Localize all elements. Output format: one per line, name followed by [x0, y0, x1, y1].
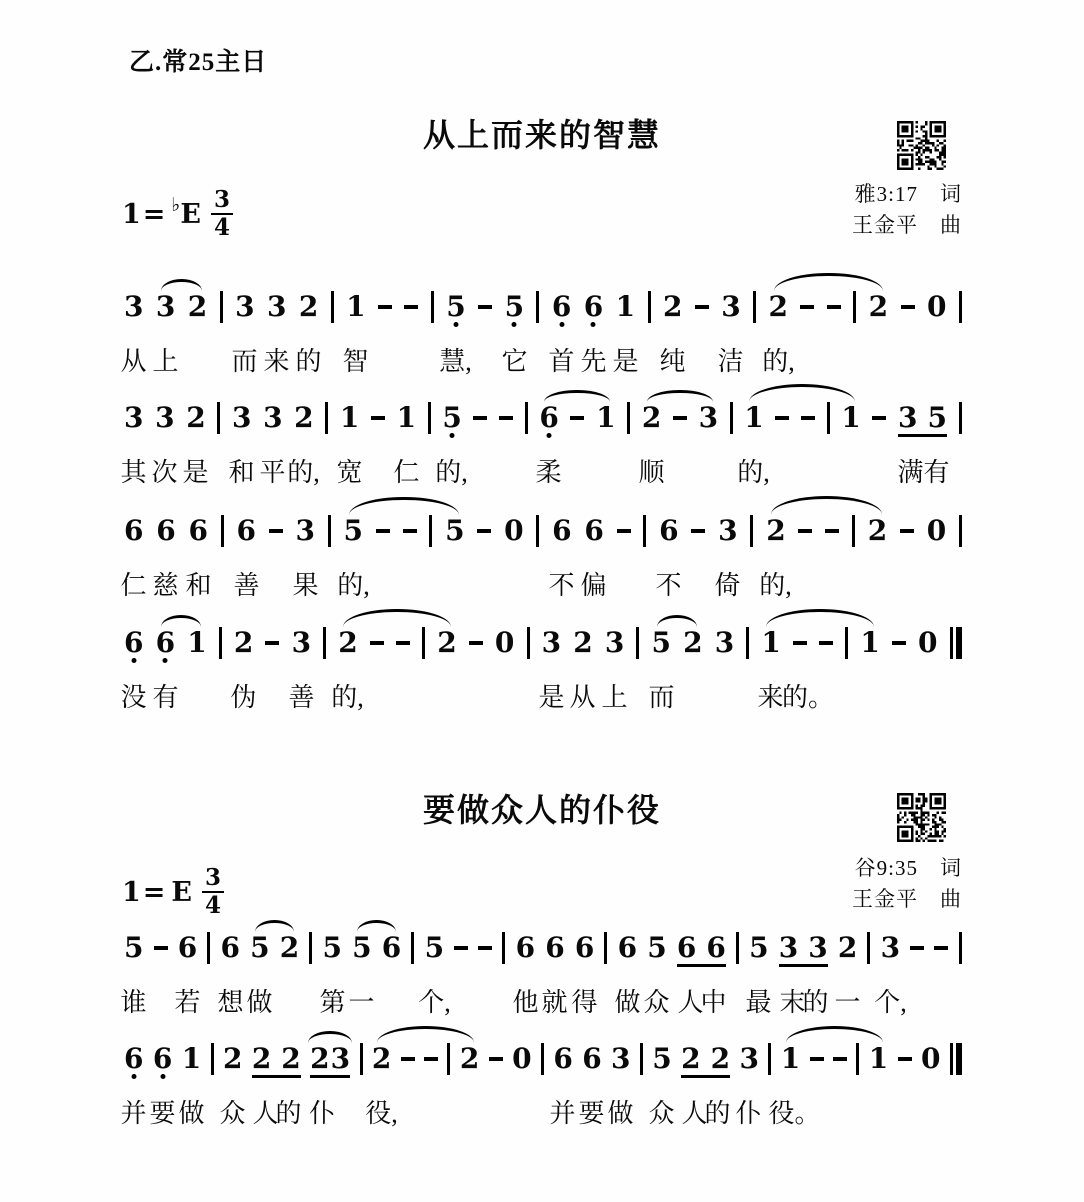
- note: 6: [237, 515, 256, 547]
- note: 5: [323, 932, 342, 964]
- lyric-syllable: 上: [152, 341, 178, 378]
- note: 2: [681, 1043, 700, 1075]
- note: 2: [663, 291, 682, 323]
- dash: [396, 641, 410, 645]
- note: 6: [516, 932, 535, 964]
- note: 5: [652, 627, 671, 659]
- lyric-syllable: 做: [178, 1093, 204, 1130]
- lyric-syllable: 想: [217, 982, 243, 1019]
- slur: [771, 496, 883, 515]
- barline: [959, 291, 962, 323]
- note-row: 661222232206635223110: [124, 1021, 962, 1085]
- qr-code-2: [897, 793, 946, 842]
- lyric-syllable: 役,: [365, 1093, 398, 1130]
- note-row: 666635506663220: [124, 493, 962, 557]
- barline: [753, 291, 756, 323]
- lyric-syllable: 要: [578, 1093, 604, 1130]
- lyric-syllable: 是: [182, 452, 208, 489]
- barline: [640, 1043, 643, 1075]
- note: 6: [582, 1043, 601, 1075]
- note: 2: [252, 1043, 271, 1075]
- barline: [447, 1043, 450, 1075]
- lyric-syllable: 的,: [762, 341, 795, 378]
- dash: [454, 946, 468, 950]
- dash: [775, 416, 789, 420]
- slur: [766, 609, 875, 627]
- dash: [489, 1057, 503, 1061]
- dash: [898, 1057, 912, 1061]
- lyric-syllable: 果: [292, 565, 318, 602]
- dash: [798, 529, 812, 533]
- lyric-syllable: 来: [263, 341, 289, 378]
- dash: [401, 1057, 415, 1061]
- music-line: 66123220323523110 没有伪善的,是从上而来的。: [124, 605, 962, 711]
- lyric-syllable: 纯: [659, 341, 685, 378]
- note: 2: [437, 627, 456, 659]
- note: 1: [397, 402, 416, 434]
- qr-code-1: [897, 121, 946, 170]
- lyric-syllable: 得: [571, 982, 597, 1019]
- barline: [502, 932, 505, 964]
- lyric-syllable: 仆: [309, 1093, 335, 1130]
- note: 5: [445, 515, 464, 547]
- note: 2: [186, 402, 205, 434]
- barline: [867, 932, 870, 964]
- lyric-syllable: 中: [700, 982, 726, 1019]
- note: 2: [573, 627, 592, 659]
- sheet-music-page: 乙.常25主日 从上而来的智慧 雅3:17 词 王金平 曲 1=♭E 34 33…: [0, 0, 1084, 1202]
- barline: [541, 1043, 544, 1075]
- note: 2: [310, 1043, 329, 1075]
- note: 2: [188, 291, 207, 323]
- note-row: 33233215566123220: [124, 269, 962, 333]
- beamed-notes: 33: [779, 932, 828, 967]
- note: 3: [611, 1043, 630, 1075]
- lyric-syllable: 做: [246, 982, 272, 1019]
- lyric-syllable: 他: [512, 982, 538, 1019]
- note: 1: [346, 291, 365, 323]
- key-tonic: E: [171, 877, 192, 908]
- note: 3: [699, 402, 718, 434]
- note: 3: [156, 291, 175, 323]
- lyric-syllable: 的,: [759, 565, 792, 602]
- note: 3: [898, 402, 917, 434]
- lyric-syllable: 而: [231, 341, 257, 378]
- note: 2: [711, 1043, 730, 1075]
- dash: [801, 416, 815, 420]
- lyric-syllable: 的: [802, 982, 828, 1019]
- dash: [793, 641, 807, 645]
- note: 3: [331, 1043, 350, 1075]
- rest: 0: [504, 515, 523, 547]
- lyric-row: 仁慈和善果的,不偏不倚的,: [124, 565, 962, 599]
- note: 1: [869, 1043, 888, 1075]
- meter-denominator: 4: [211, 215, 233, 240]
- barline: [853, 291, 856, 323]
- rest: 0: [927, 291, 946, 323]
- lyric-syllable: 的: [704, 1093, 730, 1130]
- dash: [695, 305, 709, 309]
- rest: 0: [512, 1043, 531, 1075]
- lyric-syllable: 个,: [874, 982, 907, 1019]
- lyric-syllable: 若: [174, 982, 200, 1019]
- note-low-octave: 5: [505, 291, 524, 323]
- barline: [604, 932, 607, 964]
- barline: [431, 291, 434, 323]
- note: 1: [761, 627, 780, 659]
- lyric-syllable: 众: [219, 1093, 245, 1130]
- dash: [810, 1057, 824, 1061]
- note: 1: [841, 402, 860, 434]
- dash: [691, 529, 705, 533]
- dash: [378, 305, 392, 309]
- dash: [800, 305, 814, 309]
- barline: [309, 932, 312, 964]
- lyric-syllable: 役。: [768, 1093, 820, 1130]
- barline: [525, 402, 528, 434]
- slur: [255, 920, 295, 932]
- low-octave-dot: [512, 322, 517, 327]
- barline: [627, 402, 630, 434]
- dash: [478, 305, 492, 309]
- note: 1: [744, 402, 763, 434]
- lyric-syllable: 个,: [418, 982, 451, 1019]
- final-barline: [950, 1043, 962, 1075]
- slur: [774, 273, 884, 291]
- note: 2: [869, 291, 888, 323]
- note-low-octave: 6: [156, 627, 175, 659]
- rest: 0: [927, 515, 946, 547]
- music-line: 33233215566123220 从上而来的智慧,它首先是纯洁的,: [124, 269, 962, 375]
- note: 6: [545, 932, 564, 964]
- lyric-syllable: 次: [151, 452, 177, 489]
- dash: [673, 416, 687, 420]
- barline: [325, 402, 328, 434]
- meter-numerator: 3: [211, 188, 233, 215]
- lyric-syllable: 谁: [120, 982, 146, 1019]
- time-signature: 34: [211, 188, 233, 240]
- dash: [872, 416, 886, 420]
- barline: [768, 1043, 771, 1075]
- note: 2: [234, 627, 253, 659]
- slur: [544, 390, 611, 402]
- note: 1: [340, 402, 359, 434]
- dash: [376, 529, 390, 533]
- lyric-syllable: 和: [185, 565, 211, 602]
- dash: [478, 946, 492, 950]
- low-octave-dot: [131, 1074, 136, 1079]
- composer-credit: 王金平 曲: [852, 210, 962, 241]
- lyric-syllable: 智: [342, 341, 368, 378]
- note: 5: [344, 515, 363, 547]
- dash: [499, 416, 513, 420]
- note: 3: [779, 932, 798, 964]
- dash: [570, 416, 584, 420]
- note-row: 566525565666656653323: [124, 910, 962, 974]
- rest: 0: [921, 1043, 940, 1075]
- key-signature-1: 1=♭E 34: [122, 188, 233, 240]
- dash: [819, 641, 833, 645]
- lyric-syllable: 宽: [336, 452, 362, 489]
- lyric-syllable: 第: [319, 982, 345, 1019]
- beamed-notes: 22: [252, 1043, 301, 1078]
- lyric-syllable: 的: [295, 341, 321, 378]
- note-low-octave: 6: [539, 402, 558, 434]
- slur: [349, 497, 460, 515]
- lyric-syllable: 是: [612, 341, 638, 378]
- lyric-syllable: 就: [541, 982, 567, 1019]
- section-label: 乙.常25主日: [129, 42, 267, 78]
- barline: [422, 627, 425, 659]
- low-octave-dot: [450, 433, 455, 438]
- dash: [424, 1057, 438, 1061]
- note: 5: [352, 932, 371, 964]
- dash: [477, 529, 491, 533]
- dash: [269, 529, 283, 533]
- note: 3: [263, 402, 282, 434]
- note: 3: [605, 627, 624, 659]
- lyric-syllable: 来: [757, 677, 783, 714]
- note-row: 66123220323523110: [124, 605, 962, 669]
- note: 3: [296, 515, 315, 547]
- note: 3: [124, 402, 143, 434]
- lyric-syllable: 从: [120, 341, 146, 378]
- lyric-syllable: 并: [549, 1093, 575, 1130]
- slur: [657, 615, 698, 627]
- dash: [370, 641, 384, 645]
- note: 1: [182, 1043, 201, 1075]
- beamed-notes: 66: [677, 932, 726, 967]
- slur: [343, 609, 452, 627]
- dash: [827, 305, 841, 309]
- note: 5: [652, 1043, 671, 1075]
- meter-numerator: 3: [202, 866, 224, 893]
- note: 2: [223, 1043, 242, 1075]
- note-low-octave: 6: [552, 291, 571, 323]
- barline: [736, 932, 739, 964]
- slur: [161, 279, 203, 291]
- note: 2: [642, 402, 661, 434]
- slur: [749, 384, 856, 402]
- music-line: 661222232206635223110 并要做众人的仆役,并要做众人的仆役。: [124, 1021, 962, 1127]
- note-low-octave: 5: [442, 402, 461, 434]
- note: 2: [683, 627, 702, 659]
- lyric-syllable: 善: [288, 677, 314, 714]
- barline: [536, 291, 539, 323]
- lyric-syllable: 的,: [337, 565, 370, 602]
- lyric-row: 并要做众人的仆役,并要做众人的仆役。: [124, 1093, 962, 1127]
- lyric-syllable: 不: [548, 565, 574, 602]
- note: 6: [189, 515, 208, 547]
- note: 1: [187, 627, 206, 659]
- lyric-syllable: 众: [643, 982, 669, 1019]
- lyricist-credit: 谷9:35 词: [852, 853, 962, 884]
- low-octave-dot: [163, 658, 168, 663]
- note: 6: [221, 932, 240, 964]
- note-row: 33233211561231135: [124, 380, 962, 444]
- low-octave-dot: [559, 322, 564, 327]
- lyric-syllable: 仆: [735, 1093, 761, 1130]
- note: 3: [715, 627, 734, 659]
- dash: [892, 641, 906, 645]
- lyric-syllable: 的。: [782, 677, 834, 714]
- note: 2: [299, 291, 318, 323]
- dash: [833, 1057, 847, 1061]
- dash: [469, 641, 483, 645]
- barline: [536, 515, 539, 547]
- barline: [852, 515, 855, 547]
- lyric-syllable: 顺: [638, 452, 664, 489]
- lyric-syllable: 的,: [737, 452, 770, 489]
- music-line: 666635506663220 仁慈和善果的,不偏不倚的,: [124, 493, 962, 599]
- dash: [910, 946, 924, 950]
- barline: [411, 932, 414, 964]
- note: 5: [124, 932, 143, 964]
- barline: [856, 1043, 859, 1075]
- note: 1: [616, 291, 635, 323]
- barline: [746, 627, 749, 659]
- note-low-octave: 6: [153, 1043, 172, 1075]
- note-low-octave: 5: [446, 291, 465, 323]
- note: 5: [250, 932, 269, 964]
- note: 3: [124, 291, 143, 323]
- lyric-syllable: 首: [548, 341, 574, 378]
- note: 1: [596, 402, 615, 434]
- beamed-notes: 35: [898, 402, 947, 437]
- lyric-syllable: 做: [607, 1093, 633, 1130]
- barline: [827, 402, 830, 434]
- note: 6: [382, 932, 401, 964]
- slur: [357, 920, 397, 932]
- note: 1: [860, 627, 879, 659]
- note: 3: [881, 932, 900, 964]
- note-low-octave: 6: [124, 1043, 143, 1075]
- barline: [428, 402, 431, 434]
- lyricist-credit: 雅3:17 词: [852, 179, 962, 210]
- lyric-syllable: 有: [152, 677, 178, 714]
- note: 6: [156, 515, 175, 547]
- lyric-syllable: 善: [233, 565, 259, 602]
- note: 3: [235, 291, 254, 323]
- low-octave-dot: [454, 322, 459, 327]
- lyric-syllable: 没: [120, 677, 146, 714]
- low-octave-dot: [131, 658, 136, 663]
- note: 6: [584, 515, 603, 547]
- note: 6: [553, 1043, 572, 1075]
- lyric-syllable: 要: [149, 1093, 175, 1130]
- lyric-syllable: 一: [348, 982, 374, 1019]
- note-low-octave: 6: [584, 291, 603, 323]
- lyric-syllable: 的,: [435, 452, 468, 489]
- lyric-syllable: 不: [655, 565, 681, 602]
- lyric-syllable: 和: [228, 452, 254, 489]
- barline: [750, 515, 753, 547]
- note: 2: [372, 1043, 391, 1075]
- slur: [308, 1031, 352, 1043]
- lyric-syllable: 的,: [331, 677, 364, 714]
- slur: [647, 390, 714, 402]
- low-octave-dot: [591, 322, 596, 327]
- lyric-syllable: 从: [569, 677, 595, 714]
- note: 3: [739, 1043, 758, 1075]
- barline: [730, 402, 733, 434]
- rest: 0: [495, 627, 514, 659]
- note: 5: [928, 402, 947, 434]
- note: 2: [338, 627, 357, 659]
- dash: [825, 529, 839, 533]
- dash: [900, 529, 914, 533]
- dash: [473, 416, 487, 420]
- lyric-syllable: 最: [745, 982, 771, 1019]
- low-octave-dot: [160, 1074, 165, 1079]
- note: 6: [124, 515, 143, 547]
- lyric-syllable: 洁: [717, 341, 743, 378]
- slur: [161, 615, 202, 627]
- dash: [901, 305, 915, 309]
- lyric-row: 谁若想做第一个,他就得做众人中最末的一个,: [124, 982, 962, 1016]
- note: 2: [281, 1043, 300, 1075]
- note: 6: [575, 932, 594, 964]
- lyric-row: 从上而来的智慧,它首先是纯洁的,: [124, 341, 962, 375]
- barline: [959, 932, 962, 964]
- note: 3: [542, 627, 561, 659]
- barline: [360, 1043, 363, 1075]
- flat-sign: ♭: [171, 194, 180, 216]
- barline: [429, 515, 432, 547]
- note: 2: [766, 515, 785, 547]
- note: 3: [155, 402, 174, 434]
- barline: [636, 627, 639, 659]
- music-line: 566525565666656653323 谁若想做第一个,他就得做众人中最末的…: [124, 910, 962, 1016]
- barline: [207, 932, 210, 964]
- slur: [377, 1026, 475, 1043]
- barline: [211, 1043, 214, 1075]
- lyric-syllable: 众: [648, 1093, 674, 1130]
- lyric-syllable: 的,: [287, 452, 320, 489]
- lyric-syllable: 伪: [230, 677, 256, 714]
- lyric-syllable: 倚: [714, 565, 740, 602]
- barline: [331, 291, 334, 323]
- note: 5: [749, 932, 768, 964]
- barline: [219, 627, 222, 659]
- dash: [403, 529, 417, 533]
- lyric-syllable: 偏: [580, 565, 606, 602]
- note: 5: [647, 932, 666, 964]
- dash: [371, 416, 385, 420]
- note: 3: [808, 932, 827, 964]
- lyric-syllable: 平: [259, 452, 285, 489]
- lyric-syllable: 满: [897, 452, 923, 489]
- lyric-syllable: 先: [580, 341, 606, 378]
- note: 6: [677, 932, 696, 964]
- barline: [323, 627, 326, 659]
- note: 3: [718, 515, 737, 547]
- note: 3: [267, 291, 286, 323]
- lyric-syllable: 做: [614, 982, 640, 1019]
- lyric-syllable: 柔: [535, 452, 561, 489]
- beamed-notes: 22: [681, 1043, 730, 1078]
- note: 6: [552, 515, 571, 547]
- barline: [217, 402, 220, 434]
- lyric-syllable: 的: [275, 1093, 301, 1130]
- lyric-syllable: 它: [501, 341, 527, 378]
- barline: [220, 291, 223, 323]
- note: 2: [868, 515, 887, 547]
- note: 6: [178, 932, 197, 964]
- barline: [221, 515, 224, 547]
- barline: [648, 291, 651, 323]
- lyric-syllable: 慈: [152, 565, 178, 602]
